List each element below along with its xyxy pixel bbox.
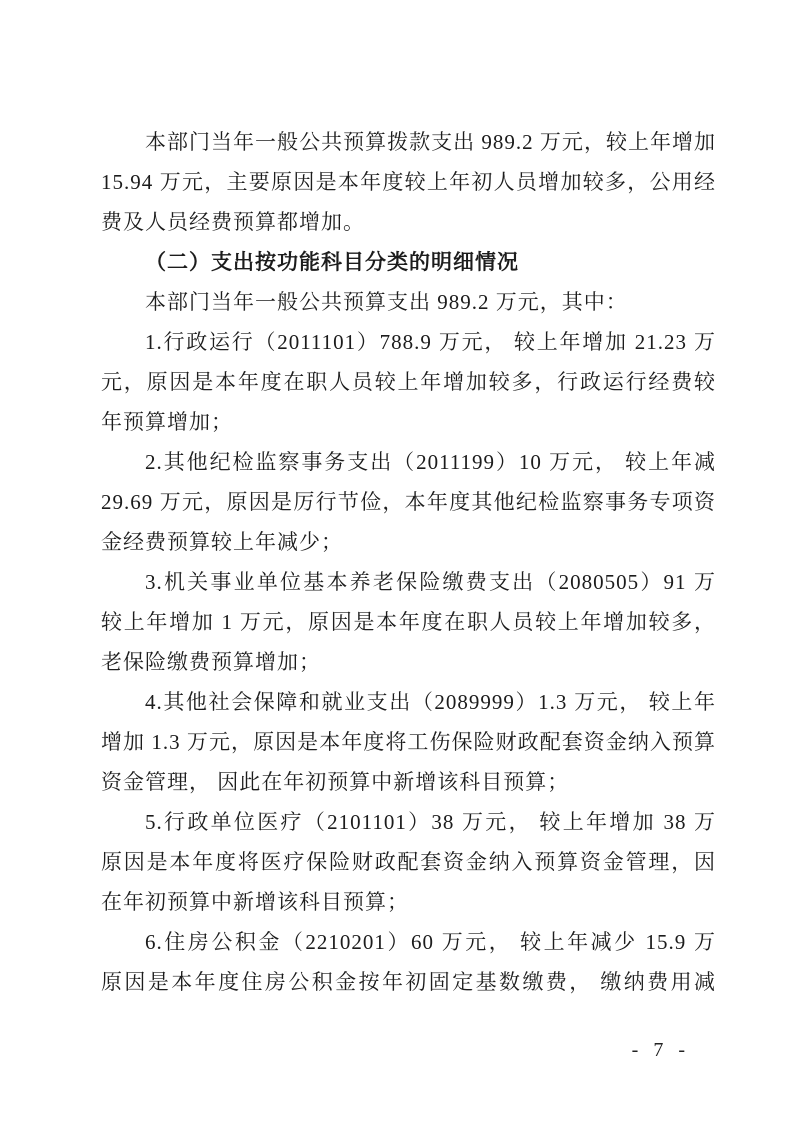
text-line: 3.机关事业单位基本养老保险缴费支出（2080505）91 万元， <box>101 562 716 602</box>
text-line: 原因是本年度将医疗保险财政配套资金纳入预算资金管理，因此 <box>101 842 716 882</box>
text-line: 费及人员经费预算都增加。 <box>101 202 716 242</box>
text-line: 29.69 万元，原因是厉行节俭，本年度其他纪检监察事务专项资 <box>101 482 716 522</box>
text-line: 在年初预算中新增该科目预算； <box>101 882 716 922</box>
text-line: 年预算增加； <box>101 402 716 442</box>
text-line: 资金管理， 因此在年初预算中新增该科目预算； <box>101 762 716 802</box>
text-line: 6.住房公积金（2210201）60 万元， 较上年减少 15.9 万元， <box>101 922 716 962</box>
text-line: 2.其他纪检监察事务支出（2011199）10 万元， 较上年减少 <box>101 442 716 482</box>
text-line: 1.行政运行（2011101）788.9 万元， 较上年增加 21.23 万 <box>101 322 716 362</box>
text-line: 5.行政单位医疗（2101101）38 万元， 较上年增加 38 万元， <box>101 802 716 842</box>
text-line: 较上年增加 1 万元，原因是本年度在职人员较上年增加较多，养 <box>101 602 716 642</box>
text-line: 本部门当年一般公共预算支出 989.2 万元，其中： <box>101 282 716 322</box>
text-line: 本部门当年一般公共预算拨款支出 989.2 万元，较上年增加 <box>101 122 716 162</box>
text-line: 元，原因是本年度在职人员较上年增加较多，行政运行经费较上 <box>101 362 716 402</box>
text-line: 4.其他社会保障和就业支出（2089999）1.3 万元， 较上年 <box>101 682 716 722</box>
document-body: 本部门当年一般公共预算拨款支出 989.2 万元，较上年增加 15.94 万元，… <box>101 122 716 1002</box>
section-heading: （二）支出按功能科目分类的明细情况 <box>101 242 716 282</box>
document-page: 本部门当年一般公共预算拨款支出 989.2 万元，较上年增加 15.94 万元，… <box>0 0 793 1122</box>
page-number: - 7 - <box>0 1034 716 1066</box>
text-line: 15.94 万元，主要原因是本年度较上年初人员增加较多，公用经 <box>101 162 716 202</box>
text-line: 原因是本年度住房公积金按年初固定基数缴费， 缴纳费用减少， <box>101 962 716 1002</box>
text-line: 增加 1.3 万元，原因是本年度将工伤保险财政配套资金纳入预算 <box>101 722 716 762</box>
text-line: 金经费预算较上年减少； <box>101 522 716 562</box>
text-line: 老保险缴费预算增加； <box>101 642 716 682</box>
